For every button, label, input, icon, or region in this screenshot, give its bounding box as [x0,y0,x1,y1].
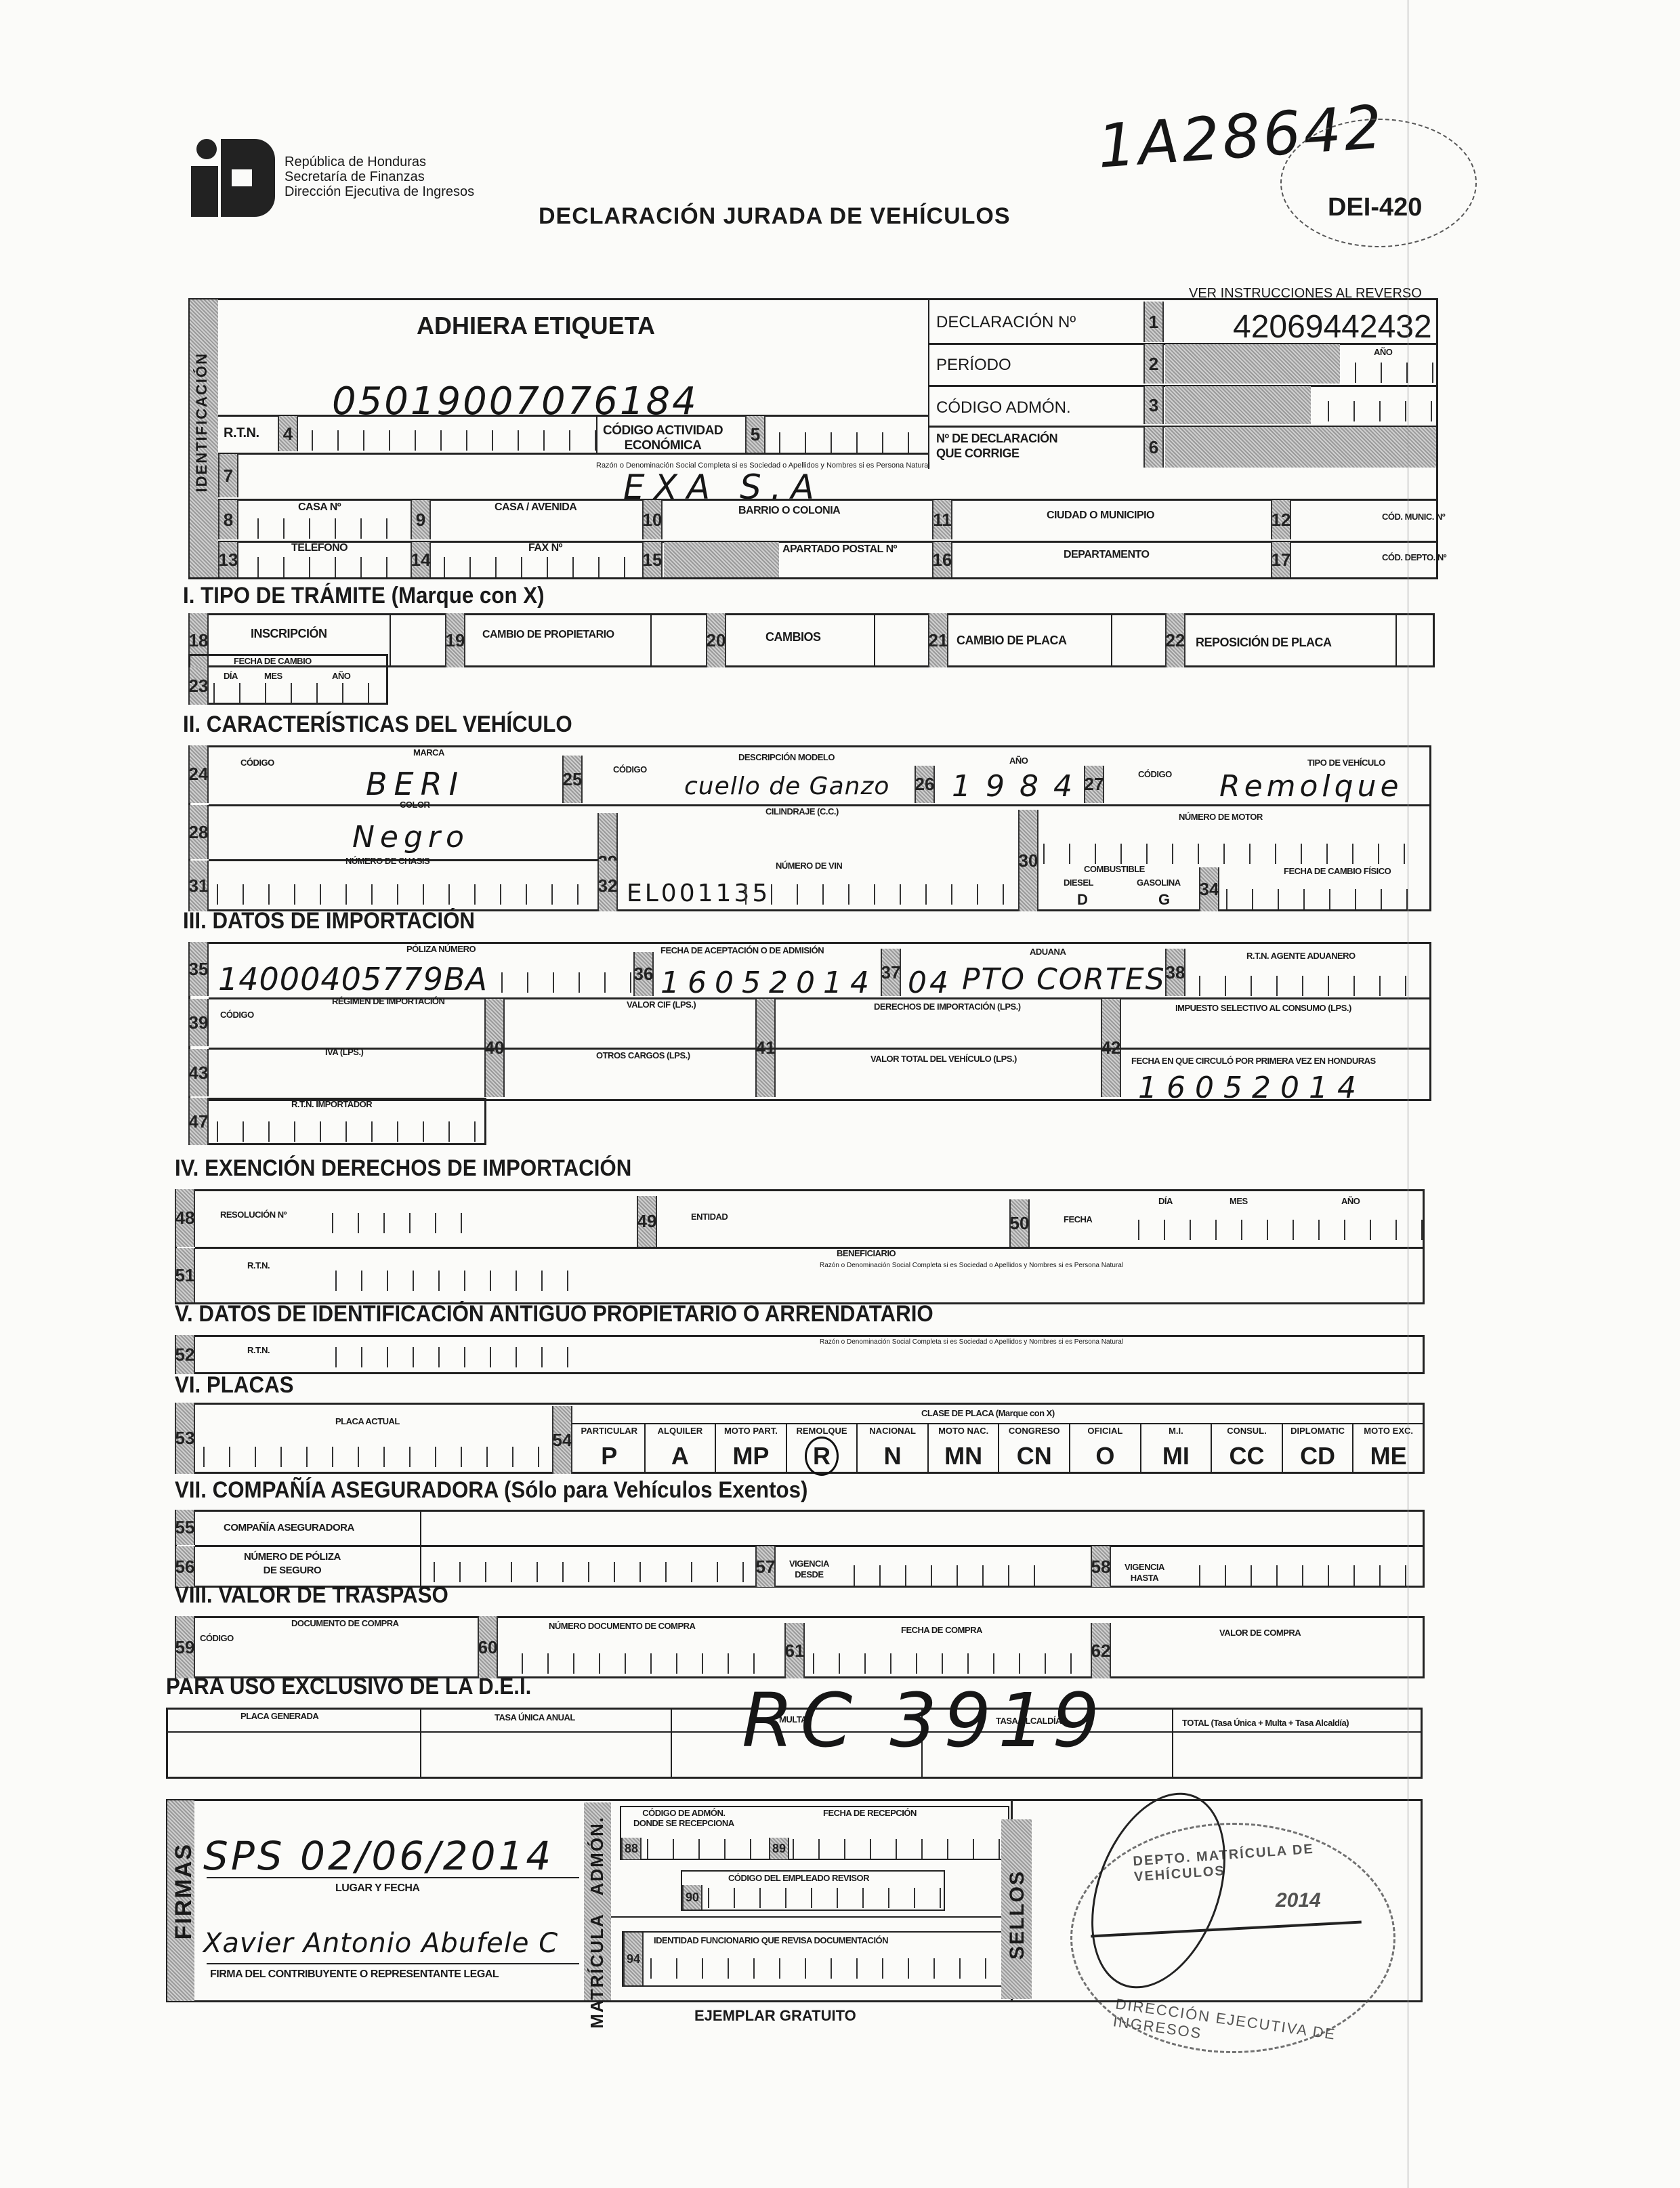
fax-input[interactable] [444,557,640,577]
field-number-94: 94 [623,1933,644,1985]
rtn-importador-input[interactable] [217,1121,481,1142]
antiguo-rtn-input[interactable] [335,1347,593,1367]
aduana-label: ADUANA [1030,947,1066,957]
field-number-39: 39 [188,999,209,1046]
exencion-rtn-label: R.T.N. [247,1260,270,1271]
field-number-53: 53 [175,1403,195,1474]
tramite-cambios: CAMBIOS [765,630,821,644]
rtn-label: R.T.N. [224,426,259,441]
color-label: COLOR [400,800,429,810]
fecha-compra-label: FECHA DE COMPRA [901,1625,982,1635]
field-number-12: 12 [1271,500,1291,539]
fecha-compra-input[interactable] [813,1653,1084,1674]
field-number-26: 26 [915,766,935,803]
fecha-cambio-anio: AÑO [332,671,350,681]
placa-option-mi[interactable]: M.I.MI [1141,1424,1213,1473]
sellos-label: SELLOS [1006,1870,1029,1960]
dei-handwritten-code: RC 3919 [742,1677,1106,1764]
resolucion-label: RESOLUCIÓN Nº [220,1210,287,1220]
placa-option-moto-nac[interactable]: MOTO NAC.MN [929,1424,1000,1473]
modelo-label: DESCRIPCIÓN MODELO [738,752,835,762]
identidad-funcionario-input[interactable] [650,1958,1006,1979]
field-number-5: 5 [745,416,765,453]
codigo-admon-recepciona: CÓDIGO DE ADMÓN. DONDE SE RECEPCIONA [633,1808,734,1828]
field-number-4: 4 [278,416,298,451]
field-number-56: 56 [175,1546,195,1587]
diesel-label: DIESEL [1064,878,1093,888]
firma-label: FIRMA DEL CONTRIBUYENTE O REPRESENTANTE … [210,1968,499,1981]
firma-contribuyente: Xavier Antonio Abufele C [203,1928,558,1959]
tipo-label: TIPO DE VEHÍCULO [1307,758,1385,768]
field-number-17: 17 [1271,542,1291,577]
fecha-recepcion-label: FECHA DE RECEPCIÓN [823,1808,917,1818]
field-number-9: 9 [411,500,431,539]
scan-line [1408,0,1408,2188]
section-traspaso-title: VIII. VALOR DE TRASPASO [175,1582,448,1609]
tramite-num-19: 19 [445,613,465,667]
adhiera-etiqueta: ADHIERA ETIQUETA [417,312,655,340]
field-number-34: 34 [1199,867,1219,911]
valor-compra-label: VALOR DE COMPRA [1219,1628,1301,1638]
cambio-fisico-label: FECHA DE CAMBIO FÍSICO [1284,866,1391,876]
field-number-43: 43 [188,1049,209,1096]
field-number-16: 16 [932,542,952,577]
tramite-num-22: 22 [1165,613,1185,667]
field-number-52: 52 [175,1335,195,1374]
numero-documento-input[interactable] [522,1653,779,1674]
clase-placa-label: CLASE DE PLACA (Marque con X) [921,1408,1055,1418]
cod-munic-label: CÓD. MUNIC. Nº [1382,512,1445,522]
actividad-input[interactable] [779,432,915,453]
tramite-inscripcion: INSCRIPCIÓN [251,627,327,641]
field-number-3: 3 [1143,386,1164,424]
barrio-label: BARRIO O COLONIA [738,505,840,517]
rtn-agente-input[interactable] [1199,976,1423,996]
casa-label: CASA Nº [298,501,341,514]
fecha-aceptacion-value: 16052014 [660,966,877,1000]
field-number-10: 10 [642,500,663,539]
antiguo-rtn-label: R.T.N. [247,1345,270,1355]
field-number-7: 7 [218,454,238,497]
field-number-30: 30 [1018,810,1038,911]
tasa-unica-label: TASA ÚNICA ANUAL [495,1712,575,1722]
field-number-32: 32 [597,861,618,911]
placa-options-row: PARTICULARP ALQUILERA MOTO PART.MP REMOL… [574,1424,1423,1473]
modelo-value: cuello de Ganzo [684,772,889,800]
page-title: DECLARACIÓN JURADA DE VEHÍCULOS [539,203,1011,230]
placa-option-nacional[interactable]: NACIONALN [858,1424,929,1473]
compania-input[interactable] [421,1511,1423,1544]
field-number-90: 90 [682,1885,702,1910]
placa-option-particular[interactable]: PARTICULARP [574,1424,646,1473]
ref-circle [1280,119,1477,247]
field-number-37: 37 [881,949,901,996]
regimen-label: RÉGIMEN DE IMPORTACIÓN [332,996,444,1006]
field-number-15: 15 [642,542,663,577]
casa-input[interactable] [257,518,400,539]
actividad-label: CÓDIGO ACTIVIDAD ECONÓMICA [603,424,723,453]
declaracion-label: DECLARACIÓN Nº [936,313,1076,332]
lugar-fecha-value: SPS 02/06/2014 [203,1833,553,1879]
telefono-label: TELÉFONO [291,542,348,554]
stamp-year: 2014 [1276,1889,1321,1912]
firmas-label: FIRMAS [171,1843,197,1939]
field-number-49: 49 [637,1196,657,1247]
section-vehiculo-title: II. CARACTERÍSTICAS DEL VEHÍCULO [183,711,572,738]
antiguo-hint: Razón o Denominación Social Completa si … [820,1338,1123,1346]
vigencia-hasta-label: VIGENCIA HASTA [1125,1562,1164,1584]
periodo-anio-label: AÑO [1374,347,1392,357]
field-number-38: 38 [1165,949,1185,996]
field-number-59: 59 [175,1616,195,1678]
chasis-input[interactable] [217,884,589,905]
placa-option-congreso[interactable]: CONGRESOCN [999,1424,1070,1473]
field-number-51: 51 [175,1248,195,1302]
documento-codigo-label: CÓDIGO [200,1633,234,1643]
chasis-label: NÚMERO DE CHASIS [345,856,429,866]
field-number-11: 11 [932,500,952,539]
field-number-61: 61 [784,1623,805,1678]
section-placas-title: VI. PLACAS [175,1372,294,1399]
modelo-codigo-label: CÓDIGO [613,764,647,775]
field-number-36: 36 [633,952,654,996]
cilindraje-label: CILINDRAJE (C.C.) [765,806,839,817]
periodo-anio-input[interactable] [1355,363,1436,383]
resolucion-input[interactable] [332,1213,481,1233]
primera-vez-label: FECHA EN QUE CIRCULÓ POR PRIMERA VEZ EN … [1131,1056,1376,1066]
vin-input[interactable] [745,884,1016,905]
field-number-6: 6 [1143,427,1164,468]
field-number-25: 25 [562,756,583,803]
vigencia-desde-input[interactable] [854,1565,1036,1586]
marca-codigo-label: CÓDIGO [240,758,274,768]
rtn-importador-label: R.T.N. IMPORTADOR [291,1099,372,1109]
placa-option-moto-part[interactable]: MOTO PART.MP [716,1424,787,1473]
field-number-2: 2 [1143,344,1164,384]
ciudad-label: CIUDAD O MUNICIPIO [1047,510,1154,522]
codigo-admon-recepciona-input[interactable] [647,1839,762,1859]
empleado-revisor-label: CÓDIGO DEL EMPLEADO REVISOR [728,1873,869,1883]
entidad-label: ENTIDAD [691,1212,728,1222]
gasolina-label: GASOLINA [1137,878,1181,888]
codigo-admon-input[interactable] [1328,401,1436,421]
fecha-cambio-input[interactable] [213,683,383,703]
vin-label: NÚMERO DE VIN [776,861,842,871]
lugar-fecha-label: LUGAR Y FECHA [335,1882,419,1895]
compania-label: COMPAÑÍA ASEGURADORA [224,1522,354,1533]
placa-option-diplomatic[interactable]: DIPLOMATICCD [1283,1424,1354,1473]
gasolina-option[interactable]: G [1158,891,1170,909]
placa-actual-label: PLACA ACTUAL [335,1416,400,1426]
field-number-8: 8 [218,500,238,539]
otros-cargos-label: OTROS CARGOS (LPS.) [596,1050,690,1060]
fecha-cambio-mes: MES [264,671,282,681]
placa-option-oficial[interactable]: OFICIALO [1070,1424,1141,1473]
field-number-88: 88 [621,1838,642,1859]
iva-label: IVA (LPS.) [325,1047,363,1057]
org-name: República de Honduras Secretaría de Fina… [285,154,474,199]
selectivo-label: IMPUESTO SELECTIVO AL CONSUMO (LPS.) [1175,1003,1351,1013]
tramite-cambio-placa-check[interactable] [1112,615,1163,666]
placa-option-remolque[interactable]: REMOLQUER [787,1424,858,1473]
numero-documento-label: NÚMERO DOCUMENTO DE COMPRA [549,1621,695,1631]
placa-option-consul[interactable]: CONSUL.CC [1212,1424,1283,1473]
field-number-27: 27 [1084,766,1104,803]
declaracion-number: 42069442432 [1233,308,1432,346]
field-number-57: 57 [755,1546,776,1587]
periodo-label: PERÍODO [936,356,1011,375]
motor-input[interactable] [1043,844,1423,864]
field-number-58: 58 [1091,1546,1111,1587]
vigencia-desde-label: VIGENCIA DESDE [789,1559,829,1580]
tipo-value: Remolque [1219,769,1403,804]
motor-label: NÚMERO DE MOTOR [1179,812,1263,822]
stamp-bottom-text: DIRECCIÓN EJECUTIVA DE INGRESOS [1112,1995,1394,2069]
fecha-cambio-num: 23 [188,667,209,705]
remolque-selected-circle [805,1437,839,1476]
tramite-num-20: 20 [706,613,726,667]
poliza-value: 14000405779BA [218,961,488,997]
placa-generada-label: PLACA GENERADA [240,1711,318,1721]
anio-label: AÑO [1009,756,1028,766]
empleado-revisor-input[interactable] [708,1888,942,1908]
field-number-60: 60 [478,1616,498,1678]
primera-vez-value: 16052014 [1138,1071,1366,1105]
fecha-aceptacion-label: FECHA DE ACEPTACIÓN O DE ADMISIÓN [660,945,824,955]
exencion-anio: AÑO [1341,1196,1360,1206]
fax-label: FAX Nº [528,542,562,554]
fecha-cambio-label: FECHA DE CAMBIO [234,656,312,666]
total-label: TOTAL (Tasa Única + Multa + Tasa Alcaldí… [1182,1718,1349,1728]
identidad-funcionario-label: IDENTIDAD FUNCIONARIO QUE REVISA DOCUMEN… [654,1935,888,1945]
corrige-input[interactable] [1165,427,1436,468]
rtn-value: 05019007076184 [332,379,698,424]
departamento-label: DEPARTAMENTO [1064,549,1149,561]
tramite-cambio-placa: CAMBIO DE PLACA [957,634,1067,648]
poliza-input[interactable] [501,972,654,993]
documento-compra-label: DOCUMENTO DE COMPRA [291,1618,399,1628]
matricula-admon-label: MATRÍCULA ADMÓN. [587,1816,608,2029]
marca-value: BERI [366,766,465,802]
tramite-reposicion-placa: REPOSICIÓN DE PLACA [1196,636,1332,650]
field-number-50: 50 [1009,1199,1030,1247]
vigencia-hasta-input[interactable] [1199,1565,1423,1586]
exencion-rtn-input[interactable] [335,1271,593,1291]
fecha-cambio-dia: DÍA [224,671,238,681]
section-exencion-title: IV. EXENCIÓN DERECHOS DE IMPORTACIÓN [175,1155,631,1182]
valor-total-label: VALOR TOTAL DEL VEHÍCULO (LPS.) [870,1054,1017,1064]
aduana-codigo: 04 [908,966,951,1000]
derechos-label: DERECHOS DE IMPORTACIÓN (LPS.) [874,1002,1021,1012]
section-importacion-title: III. DATOS DE IMPORTACIÓN [183,908,475,934]
poliza-seguro-input[interactable] [434,1562,745,1582]
placa-actual-input[interactable] [203,1447,542,1467]
field-number-47: 47 [188,1098,209,1145]
regimen-codigo-label: CÓDIGO [220,1010,254,1020]
beneficiario-label: BENEFICIARIO [837,1248,896,1258]
poliza-seguro-label: NÚMERO DE PÓLIZA DE SEGURO [244,1550,341,1577]
section-dei-title: PARA USO EXCLUSIVO DE LA D.E.I. [166,1674,531,1700]
tramite-reposicion-check[interactable] [1397,615,1434,666]
field-number-62: 62 [1091,1623,1111,1678]
section-aseguradora-title: VII. COMPAÑÍA ASEGURADORA (Sólo para Veh… [175,1477,807,1504]
tramite-inscripcion-check[interactable] [391,615,444,666]
field-number-14: 14 [411,542,431,577]
footer-ejemplar-gratuito: EJEMPLAR GRATUITO [694,2007,856,2025]
tramite-num-21: 21 [928,613,948,667]
rtn-input[interactable] [312,430,596,451]
field-number-35: 35 [188,942,209,996]
field-number-24: 24 [188,745,209,803]
placa-option-alquiler[interactable]: ALQUILERA [646,1424,717,1473]
beneficiario-hint: Razón o Denominación Social Completa si … [820,1262,1123,1269]
poliza-label: PÓLIZA NÚMERO [406,944,476,954]
color-value: Negro [352,820,469,854]
diesel-option[interactable]: D [1077,891,1088,909]
dei-logo [191,139,276,217]
identificacion-label: IDENTIFICACIÓN [193,352,211,492]
exencion-fecha-label: FECHA [1064,1214,1092,1224]
apartado-label: APARTADO POSTAL Nº [782,543,897,556]
field-number-55: 55 [175,1510,195,1545]
placa-option-moto-exc[interactable]: MOTO EXC.ME [1353,1424,1423,1473]
field-number-31: 31 [188,861,209,911]
tipo-codigo-label: CÓDIGO [1138,769,1172,779]
combustible-label: COMBUSTIBLE [1084,864,1145,874]
calle-label: CASA / AVENIDA [495,501,576,514]
corrige-label: Nº DE DECLARACIÓN QUE CORRIGE [936,431,1057,461]
tramite-cambio-propietario: CAMBIO DE PROPIETARIO [482,629,614,641]
tramite-cambios-check[interactable] [875,615,926,666]
valor-cif-label: VALOR CIF (LPS.) [627,999,696,1010]
valor-compra-input[interactable] [1114,1643,1423,1677]
section-tramite-title: I. TIPO DE TRÁMITE (Marque con X) [183,583,545,609]
cod-depto-label: CÓD. DEPTO. Nº [1382,552,1446,562]
marca-label: MARCA [413,747,444,758]
rtn-agente-label: R.T.N. AGENTE ADUANERO [1246,951,1356,961]
field-number-28: 28 [188,805,209,859]
field-number-13: 13 [218,542,238,577]
tramite-cambio-propietario-check[interactable] [652,615,705,666]
field-number-1: 1 [1143,302,1164,342]
aduana-value: PTO CORTES [962,962,1166,997]
fecha-recepcion-input[interactable] [793,1839,1008,1859]
exencion-fecha-input[interactable] [1138,1220,1423,1240]
field-number-54: 54 [552,1406,572,1474]
telefono-input[interactable] [257,557,400,577]
exencion-mes: MES [1230,1196,1248,1206]
anio-value: 1984 [952,769,1087,804]
field-number-89: 89 [769,1838,789,1859]
exencion-dia: DÍA [1158,1196,1173,1206]
cambio-fisico-input[interactable] [1226,889,1429,909]
field-number-48: 48 [175,1189,195,1247]
section-antiguo-title: V. DATOS DE IDENTIFICACIÓN ANTIGUO PROPI… [175,1301,933,1327]
codigo-admon-label: CÓDIGO ADMÓN. [936,398,1071,417]
